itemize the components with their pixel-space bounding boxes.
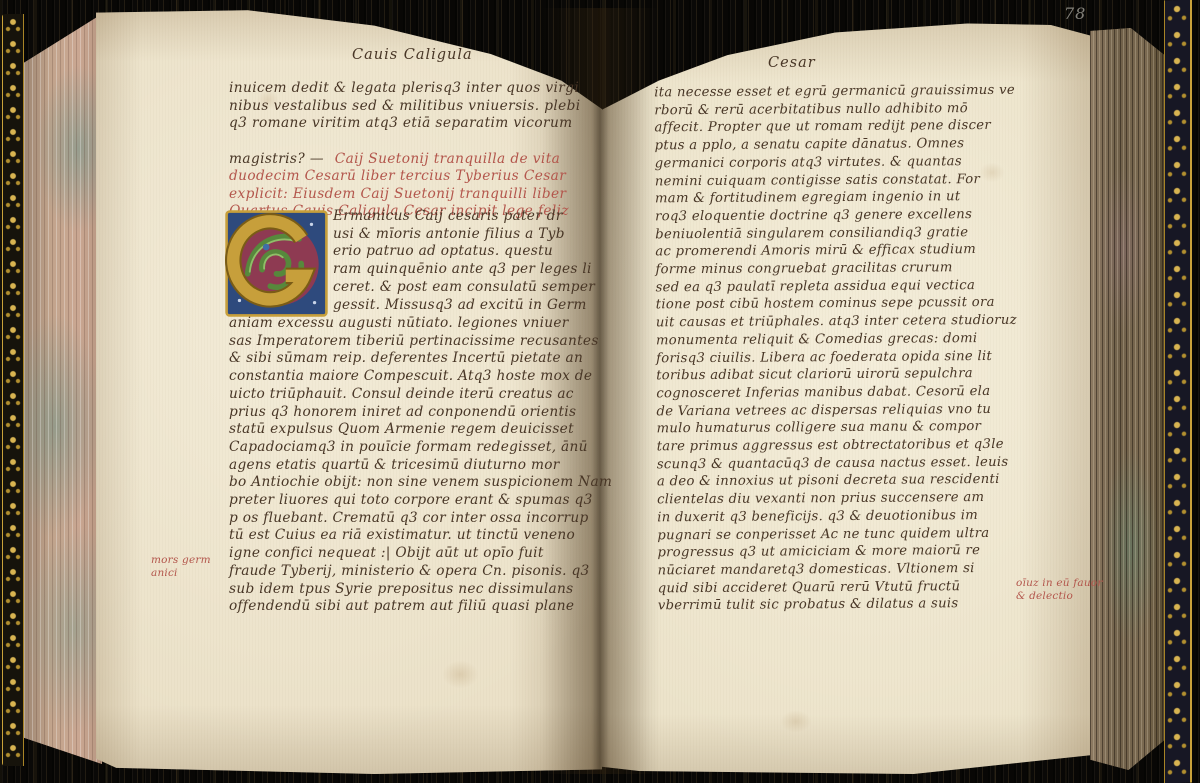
manuscript-line: ita necesse esset et egrū germanicū grau… [654,82,1032,102]
rubric-red-text: Caij Suetonij tranquilla de vita [335,151,560,167]
margin-note-line: anici [151,567,211,580]
manuscript-line: ceret. & post eam consulatū semper [333,279,655,297]
manuscript-line: prius q3 honorem iniret ad conponendū or… [229,404,653,422]
manuscript-line: aniam excessu augusti nūtiato. legiones … [229,315,653,333]
page-stack-fore-edge-right [1090,28,1164,770]
gilt-binding-edge-left [2,14,24,766]
manuscript-line: clientelas diu vexanti non prius succens… [657,489,1035,509]
gilt-binding-edge-right [1164,0,1192,783]
running-header-left: Cauis Caligula [352,47,473,63]
illuminated-initial-G [225,210,328,317]
manuscript-line: monumenta reliquit & Comedias grecas: do… [656,330,1034,350]
manuscript-line: igne confici nequeat :| Obijt aūt ut opī… [229,545,653,563]
folio-number: 78 [1064,4,1086,23]
right-body-lines: ita necesse esset et egrū germanicū grau… [654,82,1036,616]
left-initial-block-lines: Ermanicus Caij cesaris pater drusi & mīo… [333,208,655,314]
margin-note-line: mors germ [151,554,211,567]
manuscript-line: offendendū sibi aut patrem aut filiū qua… [229,598,653,616]
open-manuscript-photo: Cauis Caligula Cesar 78 inuicem dedit & … [0,0,1200,783]
black-ink-text: magistris? — [229,151,324,167]
manuscript-line: tū est Cuius ea riā existimatur. ut tinc… [229,527,653,545]
manuscript-line: uicto triūphauit. Consul deinde iterū cr… [229,386,653,404]
margin-note-line: oīuz in eū fauor [1016,577,1103,590]
manuscript-line: preter liuores qui toto corpore erant & … [229,492,653,510]
manuscript-line: erio patruo ad optatus. questu [333,243,655,261]
rubric-line: explicit: Eiusdem Caij Suetonij tranquil… [229,186,653,204]
explicit-transition-line: magistris? — Caij Suetonij tranquilla de… [229,151,653,169]
manuscript-line: nemini cuiquam contigisse satis constata… [655,170,1033,190]
manuscript-line: cognosceret Inferias manibus dabat. Ceso… [656,383,1034,403]
manuscript-line: inuicem dedit & legata plerisq3 inter qu… [229,80,653,98]
running-header-right: Cesar [768,55,816,71]
marbled-fore-edge-left [24,14,102,764]
manuscript-line: q3 romane viritim atq3 etiā separatim vi… [229,115,653,133]
manuscript-line: Capadociamq3 in pouīcie formam redegisse… [229,439,653,457]
manuscript-line: constantia maiore Compescuit. Atq3 hoste… [229,368,653,386]
margin-note-line: & delectio [1016,590,1103,603]
rubric-line: duodecim Cesarū liber tercius Tyberius C… [229,168,653,186]
manuscript-line: forisq3 ciuilis. Libera ac foederata opi… [656,347,1034,367]
manuscript-line: nibus vestalibus sed & militibus vniuers… [229,98,653,116]
left-paragraph-end: inuicem dedit & legata plerisq3 inter qu… [229,80,653,133]
left-body-lines: aniam excessu augusti nūtiato. legiones … [229,315,653,616]
manuscript-line: gessit. Missusq3 ad excitū in Germ [333,297,655,315]
manuscript-line: sub idem tpus Syrie prepositus nec dissi… [229,581,653,599]
manuscript-line: ram quinquēnio ante q3 per leges li [333,261,655,279]
manuscript-line: statū expulsus Quom Armenie regem deuici… [229,421,653,439]
manuscript-line: progressus q3 ut amiciciam & more maiorū… [657,542,1035,562]
margin-note-mors-germanici: mors germanici [151,554,211,579]
margin-note-favor-delectio: oīuz in eū fauor& delectio [1016,577,1103,602]
manuscript-line: tare primus aggressus est obtrectatoribu… [657,436,1035,456]
manuscript-line: affecit. Propter que ut romam redijt pen… [654,117,1032,137]
manuscript-line: agens etatis quartū & tricesimū diuturno… [229,457,653,475]
manuscript-line: p os fluebant. Crematū q3 cor inter ossa… [229,510,653,528]
manuscript-line: bo Antiochie obijt: non sine venem suspi… [229,474,653,492]
manuscript-line: usi & mīoris antonie filius a Tyb [333,226,655,244]
manuscript-line: & sibi sūmam reip. deferentes Incertū pi… [229,350,653,368]
manuscript-line: vberrimū tulit sic probatus & dilatus a … [658,595,1036,615]
manuscript-line: fraude Tyberij, ministerio & opera Cn. p… [229,563,653,581]
manuscript-line: sas Imperatorem tiberiū pertinacissime r… [229,333,653,351]
manuscript-line: Ermanicus Caij cesaris pater dr [333,208,655,226]
